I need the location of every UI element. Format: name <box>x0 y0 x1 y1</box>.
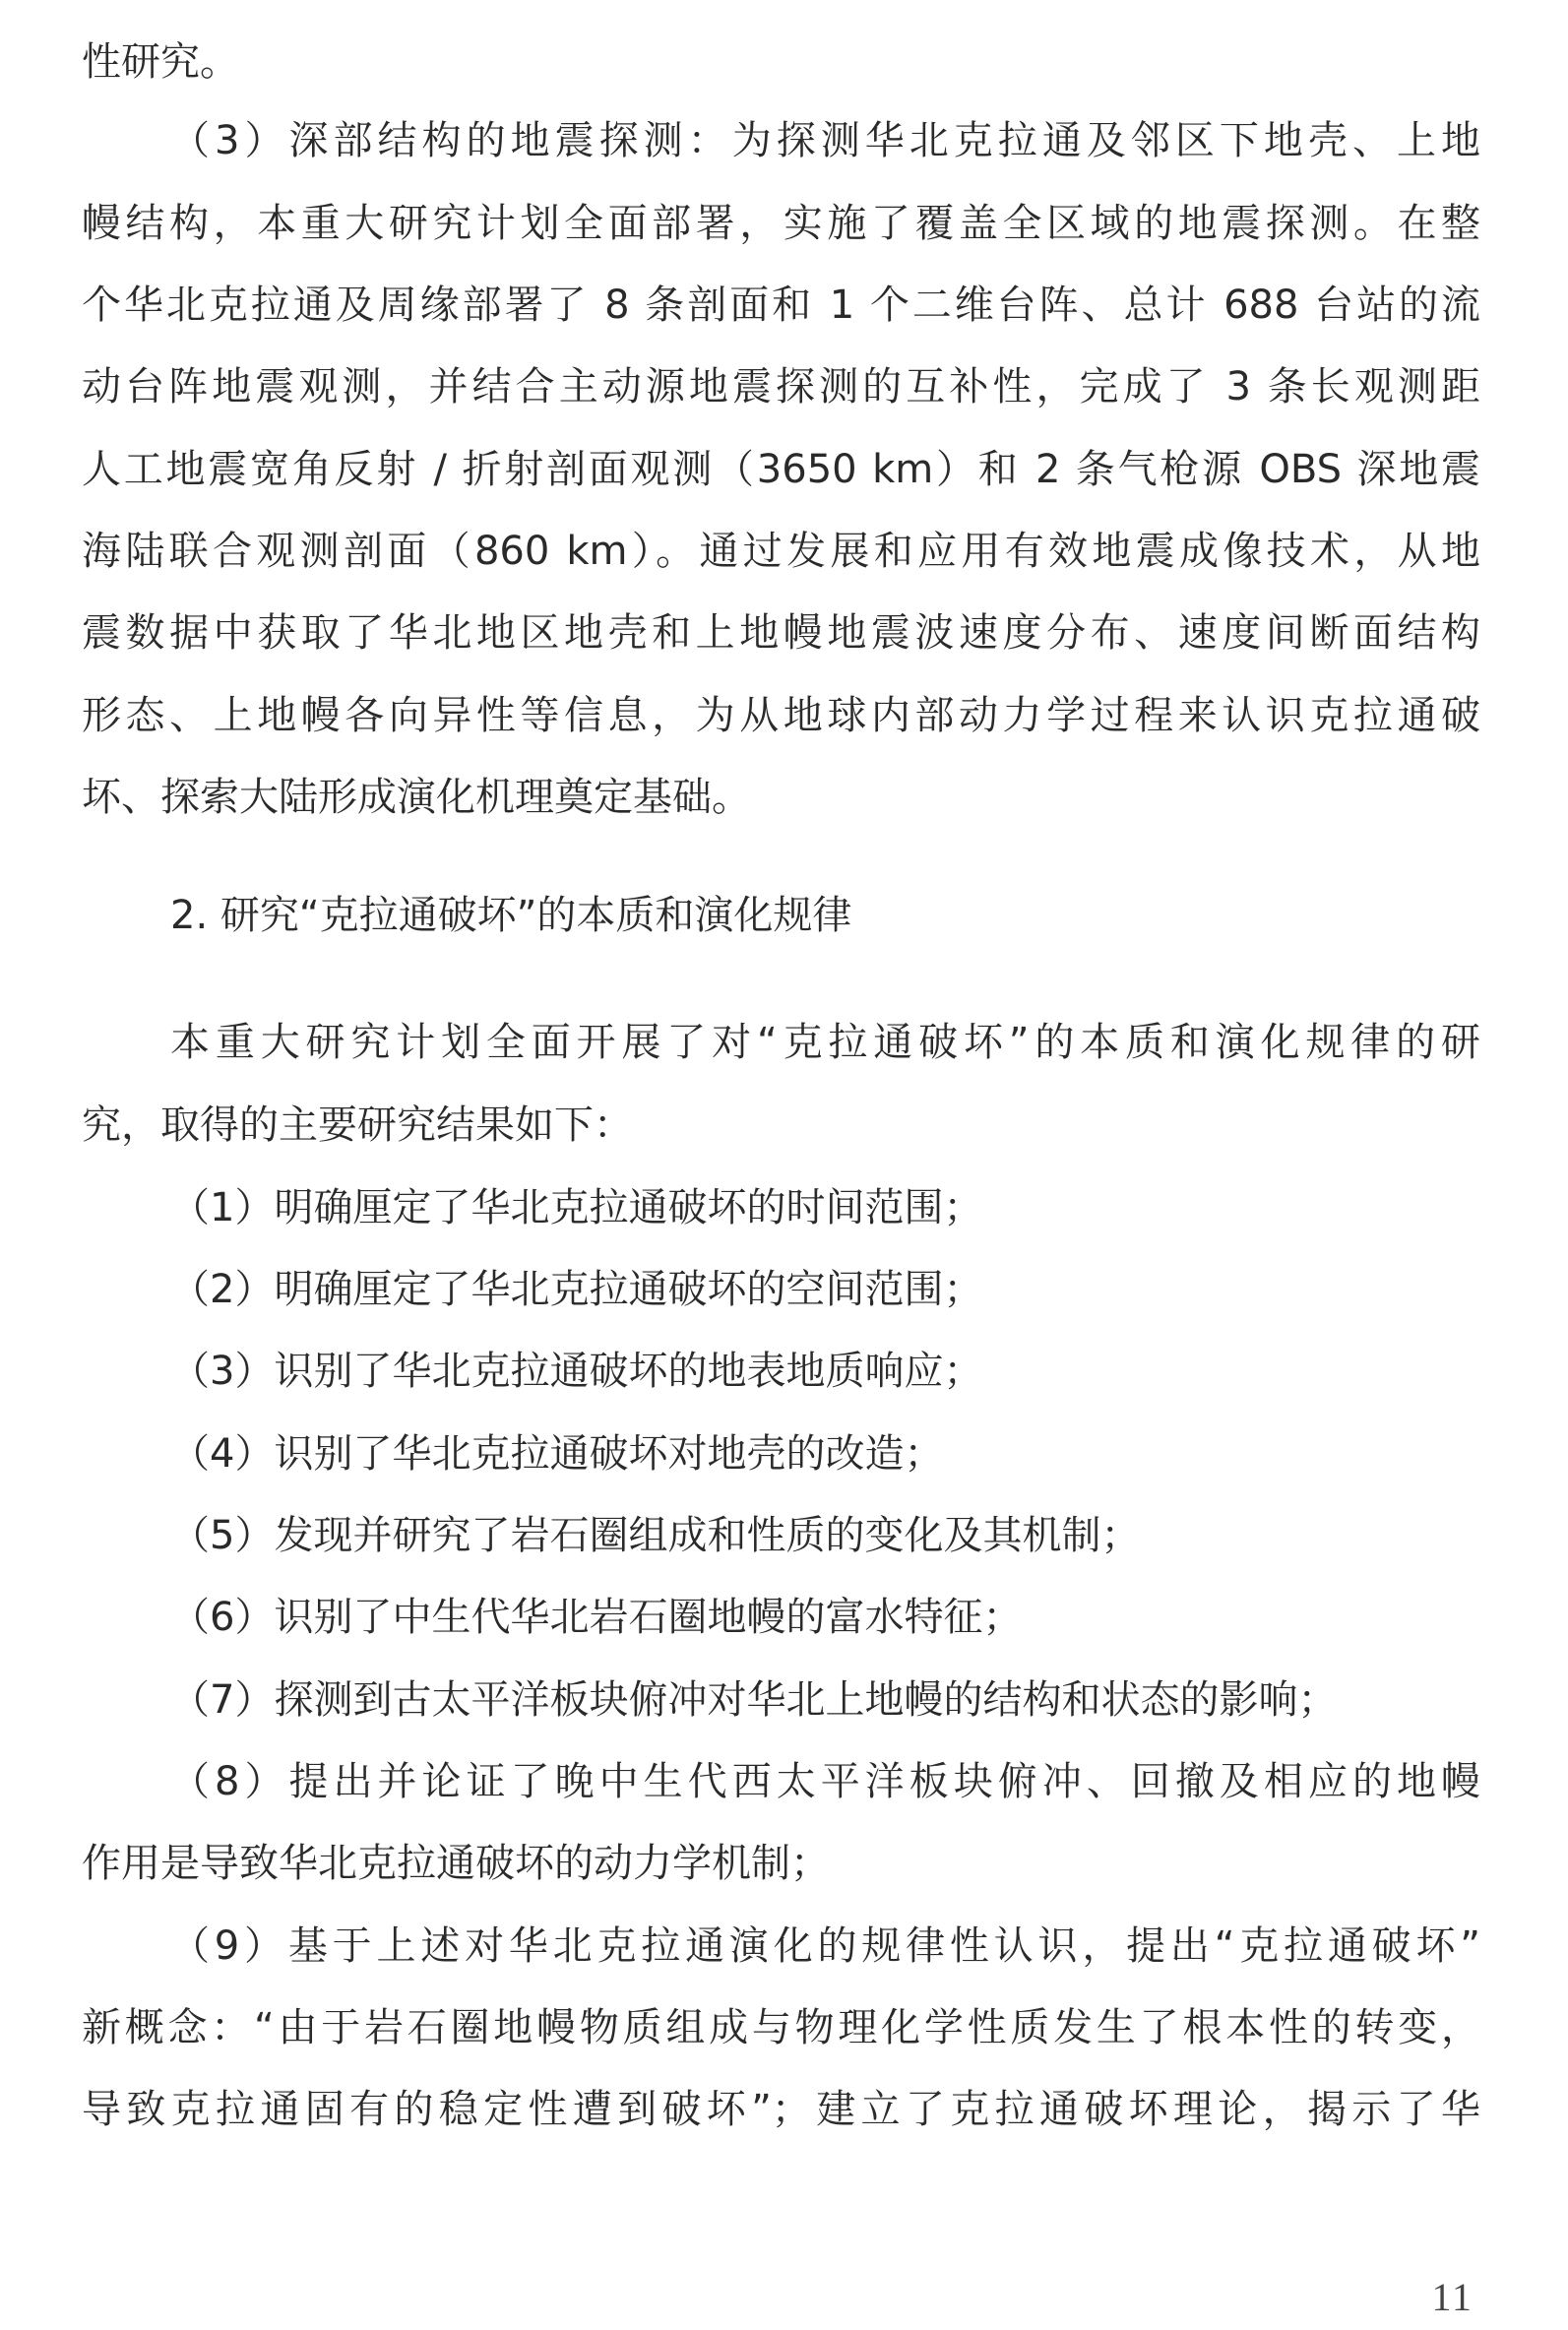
paragraph-line: 本重大研究计划全面开展了对“克拉通破坏”的本质和演化规律的研 <box>170 1001 1480 1084</box>
result-item-5: （5）发现并研究了岩石圈组成和性质的变化及其机制； <box>170 1494 1480 1577</box>
paragraph-line: （8）提出并论证了晚中生代西太平洋板块俯冲、回撤及相应的地幔 <box>170 1740 1480 1823</box>
paragraph-line: （3）深部结构的地震探测：为探测华北克拉通及邻区下地壳、上地 <box>170 99 1480 182</box>
paragraph-line: 形态、上地幔各向异性等信息，为从地球内部动力学过程来认识克拉通破 <box>82 674 1480 757</box>
paragraph-line: 海陆联合观测剖面（860 km）。通过发展和应用有效地震成像技术，从地 <box>82 510 1480 593</box>
document-page: 性研究。 （3）深部结构的地震探测：为探测华北克拉通及邻区下地壳、上地 幔结构，… <box>0 0 1568 2330</box>
paragraph-line: 新概念：“由于岩石圈地幔物质组成与物理化学性质发生了根本性的转变， <box>82 1986 1480 2069</box>
section-heading: 2. 研究“克拉通破坏”的本质和演化规律 <box>170 874 851 957</box>
result-item-2: （2）明确厘定了华北克拉通破坏的空间范围； <box>170 1248 1480 1331</box>
paragraph-line: 人工地震宽角反射 / 折射剖面观测（3650 km）和 2 条气枪源 OBS 深… <box>82 428 1480 511</box>
paragraph-line: 震数据中获取了华北地区地壳和上地幔地震波速度分布、速度间断面结构 <box>82 592 1480 674</box>
paragraph-line: （9）基于上述对华北克拉通演化的规律性认识，提出“克拉通破坏” <box>170 1905 1480 1987</box>
result-item-6: （6）识别了中生代华北岩石圈地幔的富水特征； <box>170 1576 1480 1659</box>
paragraph-line: 导致克拉通固有的稳定性遭到破坏”；建立了克拉通破坏理论，揭示了华 <box>82 2068 1480 2151</box>
result-item-3: （3）识别了华北克拉通破坏的地表地质响应； <box>170 1330 1480 1413</box>
paragraph-line: 究，取得的主要研究结果如下： <box>82 1084 1480 1166</box>
result-item-7: （7）探测到古太平洋板块俯冲对华北上地幔的结构和状态的影响； <box>170 1659 1480 1741</box>
paragraph-line: 动台阵地震观测，并结合主动源地震探测的互补性，完成了 3 条长观测距 <box>82 346 1480 428</box>
paragraph-line: 坏、探索大陆形成演化机理奠定基础。 <box>82 756 1480 839</box>
paragraph-line: 幔结构，本重大研究计划全面部署，实施了覆盖全区域的地震探测。在整 <box>82 182 1480 265</box>
result-item-4: （4）识别了华北克拉通破坏对地壳的改造； <box>170 1413 1480 1495</box>
paragraph-continuation-line: 性研究。 <box>82 21 1480 103</box>
page-number: 11 <box>1431 2274 1474 2321</box>
paragraph-line: 作用是导致华北克拉通破坏的动力学机制； <box>82 1822 1480 1905</box>
result-item-1: （1）明确厘定了华北克拉通破坏的时间范围； <box>170 1166 1480 1249</box>
paragraph-line: 个华北克拉通及周缘部署了 8 条剖面和 1 个二维台阵、总计 688 台站的流 <box>82 264 1480 346</box>
